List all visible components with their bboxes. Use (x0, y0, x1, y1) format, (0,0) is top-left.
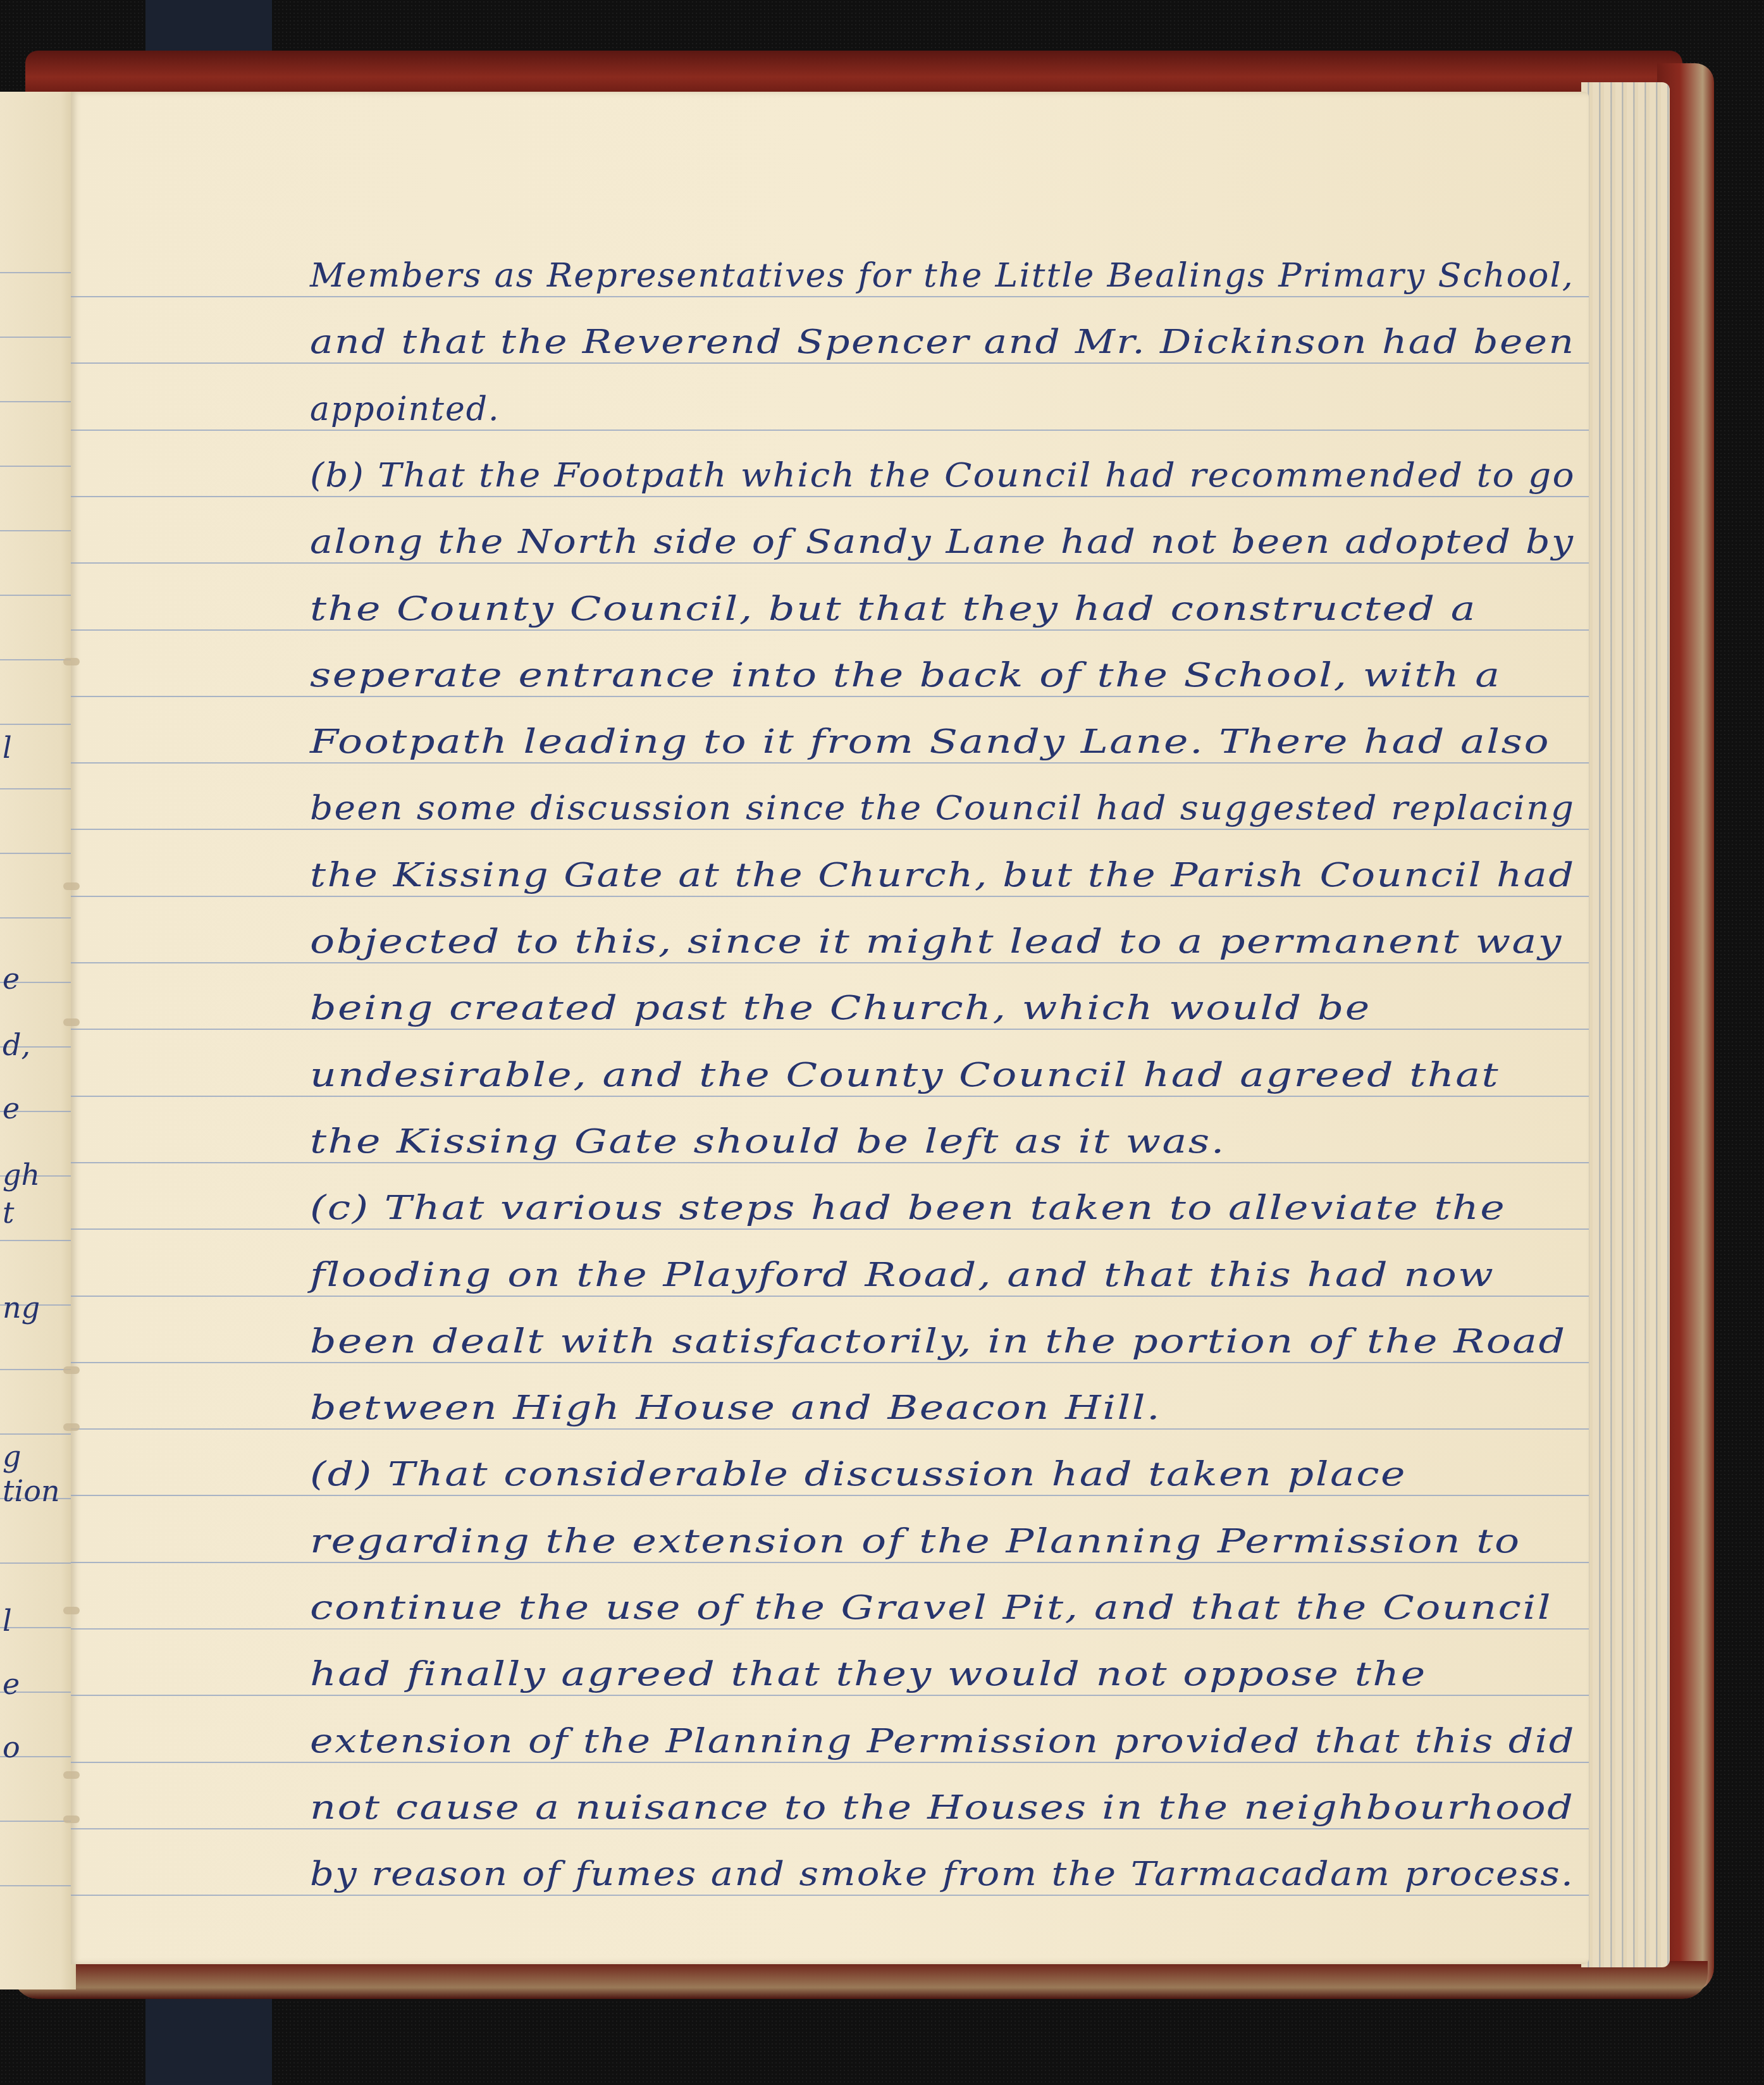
handwritten-line: regarding the extension of the Planning … (310, 1523, 1521, 1561)
left-page-fragment: g (3, 1439, 21, 1473)
handwritten-line: (b) That the Footpath which the Council … (310, 457, 1576, 495)
left-page-fragment: t (3, 1196, 15, 1230)
ruled-line (71, 1362, 1589, 1363)
ruled-line (71, 1029, 1589, 1030)
handwritten-line: not cause a nuisance to the Houses in th… (310, 1789, 1574, 1827)
binding-spine-bottom (145, 1999, 272, 2085)
left-page-fragment: e (3, 962, 20, 996)
ruled-line (71, 1628, 1589, 1630)
left-page-fragment: l (3, 1604, 12, 1638)
ruled-line (71, 962, 1589, 963)
ruled-line (71, 1562, 1589, 1563)
ruled-line (71, 296, 1589, 297)
ruled-line (71, 1762, 1589, 1763)
ruled-line (0, 1885, 76, 1886)
handwritten-line: the County Council, but that they had co… (310, 590, 1477, 628)
ruled-line (0, 917, 76, 919)
left-page-fragment: d, (3, 1028, 30, 1062)
ruled-line (71, 1228, 1589, 1230)
handwritten-line: Footpath leading to it from Sandy Lane. … (310, 723, 1550, 761)
ruled-line (71, 1495, 1589, 1496)
ruled-line (71, 496, 1589, 497)
ruled-line (0, 595, 76, 596)
ruled-line (71, 762, 1589, 764)
binding-stitch (63, 1816, 80, 1823)
handwritten-line: extension of the Planning Permission pro… (310, 1723, 1576, 1760)
ruled-line (71, 629, 1589, 631)
ruled-line (71, 362, 1589, 364)
left-page-fragment: ng (3, 1290, 40, 1325)
ruled-line (71, 829, 1589, 830)
left-page-fragment: tion (3, 1474, 60, 1508)
ruled-line (0, 1240, 76, 1241)
handwritten-line: continue the use of the Gravel Pit, and … (310, 1589, 1552, 1627)
handwritten-line: been some discussion since the Council h… (310, 789, 1575, 827)
ruled-line (0, 788, 76, 789)
ruled-line (0, 530, 76, 531)
handwritten-line: by reason of fumes and smoke from the Ta… (310, 1855, 1574, 1893)
ruled-line (71, 1695, 1589, 1696)
handwritten-line: between High House and Beacon Hill. (310, 1389, 1161, 1427)
handwritten-line: flooding on the Playford Road, and that … (310, 1256, 1495, 1294)
binding-stitch (63, 1607, 80, 1614)
ruled-line (71, 896, 1589, 897)
ruled-line (0, 466, 76, 467)
ruled-line (0, 1433, 76, 1435)
left-page-fragment: e (3, 1667, 20, 1701)
ruled-line (0, 853, 76, 854)
page-stack-edges (1581, 82, 1670, 1967)
ruled-line (0, 337, 76, 338)
handwritten-line: being created past the Church, which wou… (310, 989, 1371, 1027)
left-page-fragment: l (3, 731, 12, 765)
left-page-fragment: gh (3, 1158, 40, 1192)
book-cover-bottom-edge (13, 1961, 1708, 1999)
handwritten-line: Members as Representatives for the Littl… (310, 257, 1574, 295)
handwritten-line: the Kissing Gate should be left as it wa… (310, 1123, 1226, 1161)
ruled-line (71, 562, 1589, 564)
handwritten-line: appointed. (310, 390, 500, 428)
left-page-fragment: e (3, 1091, 20, 1125)
handwritten-line: seperate entrance into the back of the S… (310, 657, 1502, 695)
handwritten-line: along the North side of Sandy Lane had n… (310, 523, 1574, 561)
ruled-line (71, 430, 1589, 431)
handwritten-line: and that the Reverend Spencer and Mr. Di… (310, 323, 1575, 361)
handwritten-line: the Kissing Gate at the Church, but the … (310, 857, 1576, 894)
binding-stitch (63, 1018, 80, 1026)
binding-stitch (63, 658, 80, 665)
handwritten-line: (c) That various steps had been taken to… (310, 1189, 1506, 1227)
handwritten-line: had finally agreed that they would not o… (310, 1655, 1427, 1693)
handwritten-line: been dealt with satisfactorily, in the p… (310, 1323, 1567, 1361)
ruled-line (71, 696, 1589, 697)
ruled-line (71, 1828, 1589, 1829)
left-page-fragment: o (3, 1730, 20, 1764)
ruled-line (71, 1096, 1589, 1097)
binding-stitch (63, 1771, 80, 1779)
handwritten-line: undesirable, and the County Council had … (310, 1056, 1500, 1094)
book-cover-top-edge (25, 51, 1682, 95)
ruled-line (71, 1162, 1589, 1163)
ruled-line (71, 1428, 1589, 1430)
handwritten-line: (d) That considerable discussion had tak… (310, 1456, 1407, 1494)
binding-stitch (63, 1423, 80, 1431)
ruled-line (71, 1895, 1589, 1896)
handwritten-line: objected to this, since it might lead to… (310, 923, 1563, 961)
ruled-line (0, 1562, 76, 1564)
ruled-line (0, 401, 76, 402)
ruled-line (0, 272, 76, 273)
ruled-line (0, 724, 76, 725)
ruled-line (71, 1296, 1589, 1297)
binding-stitch (63, 1366, 80, 1374)
binding-stitch (63, 882, 80, 890)
